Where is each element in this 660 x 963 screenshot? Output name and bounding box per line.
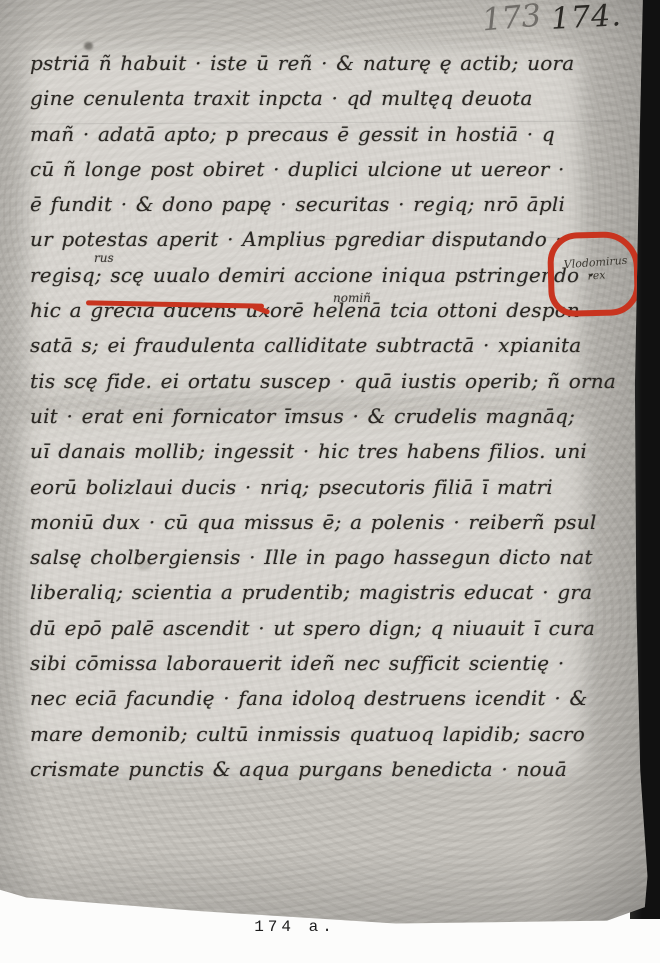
manuscript-text-block: pstriā ñ habuit · iste ū reñ · & naturę … — [30, 46, 615, 787]
manuscript-line: uī danais mollib; ingessit · hic tres ha… — [30, 434, 615, 469]
plate-caption: 174 a. — [225, 918, 365, 936]
manuscript-line: tis scę fide. ei ortatu suscep · quā ius… — [30, 364, 615, 399]
manuscript-line: uit · erat eni fornicator īmsus · & crud… — [30, 399, 615, 434]
manuscript-line: dū epō palē ascendit · ut spero dign; q … — [30, 611, 615, 646]
manuscript-line: crismate punctis & aqua purgans benedict… — [30, 752, 615, 787]
manuscript-line: satā s; ei fraudulenta calliditate subtr… — [30, 328, 615, 363]
interlinear-gloss: nomiñ — [333, 291, 371, 305]
manuscript-line: mañ · adatā apto; p precaus ē gessit in … — [30, 117, 615, 152]
manuscript-line: ē fundit · & dono papę · securitas · reg… — [30, 187, 615, 222]
manuscript-line: regisq; scę uualo demiri accione iniqua … — [30, 258, 615, 293]
manuscript-line: salsę cholbergiensis · Ille in pago hass… — [30, 540, 615, 575]
folio-number-faint: 173 — [481, 0, 543, 39]
folio-number: 174. — [550, 0, 623, 37]
manuscript-line: sibi cōmissa laborauerit ideñ nec suffic… — [30, 646, 615, 681]
manuscript-line: mare demonib; cultū inmissis quatuoq lap… — [30, 717, 615, 752]
interlinear-gloss: rus — [94, 251, 114, 265]
manuscript-line: moniū dux · cū qua missus ē; a polenis ·… — [30, 505, 615, 540]
manuscript-line: pstriā ñ habuit · iste ū reñ · & naturę … — [30, 46, 615, 81]
manuscript-line: nec eciā facundię · fana idoloq destruen… — [30, 681, 615, 716]
manuscript-line: liberaliq; scientia a prudentib; magistr… — [30, 575, 615, 610]
parchment-leaf: 173 174. pstriā ñ habuit · iste ū reñ · … — [0, 0, 660, 963]
manuscript-line: cū ñ longe post obiret · duplici ulcione… — [30, 152, 615, 187]
manuscript-line: gine cenulenta traxit inpcta · qd multęq… — [30, 81, 615, 116]
manuscript-line: eorū bolizlaui ducis · nriq; psecutoris … — [30, 470, 615, 505]
manuscript-line: hic a grecia ducens uxorē helenā tcia ot… — [30, 293, 615, 328]
manuscript-scan-page: 173 174. pstriā ñ habuit · iste ū reñ · … — [0, 0, 660, 963]
manuscript-line: ur potestas aperit · Amplius pgrediar di… — [30, 222, 615, 257]
margin-note: Vlodomirus rex — [555, 253, 637, 285]
